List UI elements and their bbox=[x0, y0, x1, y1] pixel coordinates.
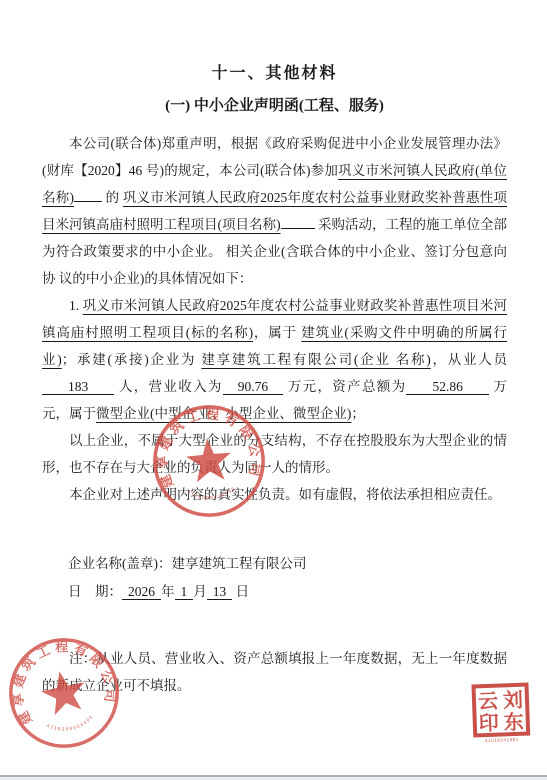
company-name-value: 建享建筑工程有限公司 bbox=[172, 556, 307, 571]
day-suffix: 日 bbox=[236, 584, 250, 599]
closing-paragraph: 以上企业，不属于大型企业的分支结构，不存在控股股东为大型企业的情形，也不存在与大… bbox=[42, 427, 507, 481]
month-suffix: 月 bbox=[193, 584, 207, 599]
seal-char-bottom-left: 印 bbox=[478, 712, 499, 736]
employees-value: 183 bbox=[42, 379, 114, 395]
item-text: 人，营业收入为 bbox=[114, 379, 223, 394]
contractor-name-fill: 建享建筑工程有限公司(企业 名称) bbox=[201, 352, 430, 367]
connector-text: 的 bbox=[102, 190, 123, 205]
form-title: (一) 中小企业声明函(工程、服务) bbox=[42, 94, 507, 115]
seal-number: 41018341981 bbox=[485, 737, 519, 743]
assets-value: 52.86 bbox=[406, 379, 488, 395]
seal-char-bottom-right: 东 bbox=[503, 710, 524, 735]
blank-underline bbox=[281, 215, 315, 229]
signature-date-line: 日 期：2026年1月13 日 bbox=[68, 578, 507, 605]
section-title: 十一、其他材料 bbox=[42, 60, 507, 83]
signature-block: 企业名称(盖章)：建享建筑工程有限公司 日 期：2026年1月13 日 bbox=[42, 550, 507, 605]
year-suffix: 年 bbox=[161, 584, 175, 599]
item-text: ，属于 bbox=[253, 325, 301, 340]
declaration-paragraph: 本公司(联合体)郑重声明，根据《政府采购促进中小企业发展管理办法》(财库【202… bbox=[42, 130, 507, 292]
item-text: ；承建(承接)企业为 bbox=[62, 352, 202, 367]
item-text: ，从业人员 bbox=[431, 352, 507, 367]
svg-text:4118399004495: 4118399004495 bbox=[45, 713, 98, 737]
enterprise-type-fill: 微型企业(中型企 业、小型企业、微型企业) bbox=[96, 406, 351, 421]
signature-company-line: 企业名称(盖章)：建享建筑工程有限公司 bbox=[68, 550, 507, 577]
note-paragraph: 注：从业人员、营业收入、资产总额填报上一年度数据，无上一年度数据的新成立企业可不… bbox=[42, 645, 507, 699]
date-day-value: 13 bbox=[207, 584, 233, 600]
seal-number: 4118399004495 bbox=[45, 713, 98, 737]
item-text: ； bbox=[351, 406, 365, 421]
date-month-value: 1 bbox=[175, 584, 194, 600]
item-text: 万元，资产总额为 bbox=[283, 379, 406, 394]
blank-underline bbox=[74, 188, 102, 202]
date-label: 日 期： bbox=[68, 584, 122, 599]
item-paragraph: 1. 巩义市米河镇人民政府2025年度农村公益事业财政奖补普惠性项目米河镇高庙村… bbox=[42, 292, 507, 427]
document-page: 十一、其他材料 (一) 中小企业声明函(工程、服务) 本公司(联合体)郑重声明，… bbox=[0, 0, 547, 699]
date-year-value: 2026 bbox=[122, 584, 161, 600]
responsibility-paragraph: 本企业对上述声明内容的真实性负责。如有虚假，将依法承担相应责任。 bbox=[42, 481, 507, 508]
item-number: 1. bbox=[69, 298, 83, 313]
company-name-label: 企业名称(盖章)： bbox=[68, 556, 172, 571]
revenue-value: 90.76 bbox=[223, 379, 283, 395]
